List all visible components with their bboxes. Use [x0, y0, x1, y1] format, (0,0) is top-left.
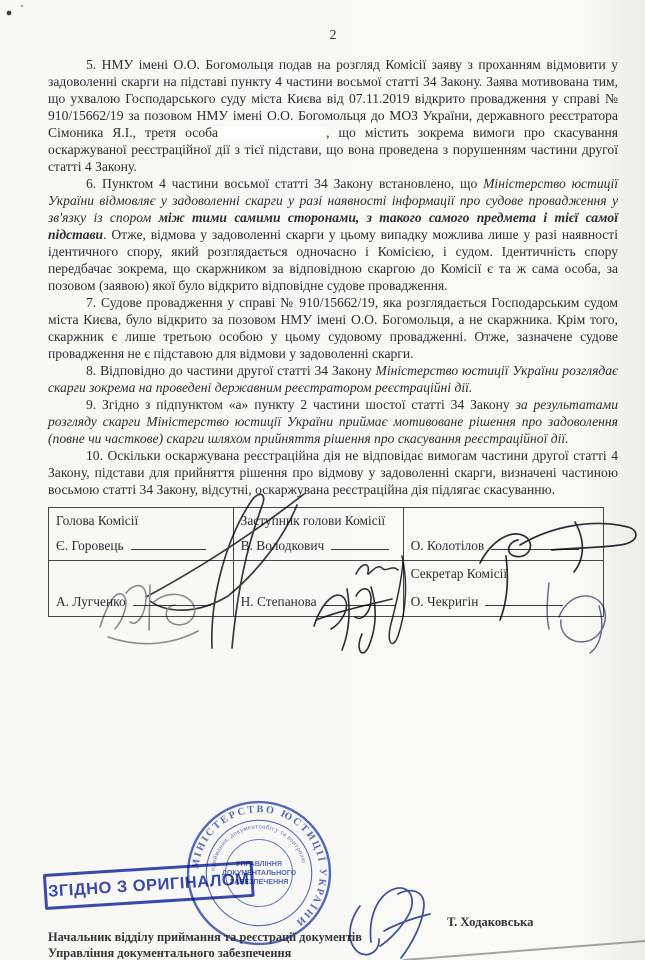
signature-line: [133, 593, 211, 606]
certifying-official-title: Начальник відділу приймання та реєстраці…: [48, 929, 468, 960]
signatory-name: А. Лугченко: [56, 594, 126, 609]
paragraph-8-lead: 8. Відповідно до частини другої статті 3…: [86, 363, 376, 378]
official-title-line-2: Управління документального забезпечення: [48, 945, 468, 960]
signature-cell-kolotilov: О. Колотілов: [403, 508, 603, 561]
signatory-role: Голова Комісії: [56, 513, 226, 529]
signature-cell-luhchenko: А. Лугченко: [49, 561, 234, 617]
redaction-box: [218, 127, 326, 139]
paragraph-9-lead: 9. Згідно з підпунктом «а» пункту 2 част…: [86, 397, 516, 412]
signatory-name: О. Чекригін: [411, 594, 479, 609]
signatory-name: Н. Степанова: [241, 594, 317, 609]
page-number: 2: [48, 26, 618, 43]
signature-cell-stepanova: Н. Степанова: [233, 561, 403, 617]
paragraph-6-rest: . Отже, відмова у задоволенні скарги у ц…: [48, 227, 618, 293]
paragraph-10: 10. Оскільки оскаржувана реєстраційна ді…: [48, 447, 618, 498]
signatory-role: Заступник голови Комісії: [241, 513, 396, 529]
signature-line: [491, 537, 579, 550]
paragraph-5: 5. НМУ імені О.О. Богомольця подав на ро…: [48, 56, 618, 175]
certifying-official-name: Т. Ходаковська: [447, 915, 533, 930]
stamp-text: ЗГІДНО З ОРИГІНАЛОМ: [48, 870, 250, 902]
signature-line: [331, 537, 389, 550]
signature-line: [324, 593, 396, 606]
signatory-name: Є. Горовець: [56, 538, 124, 553]
paragraph-9: 9. Згідно з підпунктом «а» пункту 2 част…: [48, 396, 618, 447]
signatory-role: Секретар Комісії: [411, 566, 596, 582]
scanned-document-page: 2 5. НМУ імені О.О. Богомольця подав на …: [0, 0, 645, 960]
document-body: 5. НМУ імені О.О. Богомольця подав на ро…: [48, 56, 618, 617]
signature-table: Голова Комісії Є. Горовець Заступник гол…: [48, 507, 604, 617]
paragraph-6: 6. Пунктом 4 частини восьмої статті 34 З…: [48, 175, 618, 294]
paragraph-6-lead: 6. Пунктом 4 частини восьмої статті 34 З…: [86, 176, 483, 191]
signature-cell-horovets: Голова Комісії Є. Горовець: [49, 508, 234, 561]
signature-line: [131, 537, 206, 550]
official-title-line-1: Начальник відділу приймання та реєстраці…: [48, 929, 468, 945]
signature-cell-volodkovych: Заступник голови Комісії В. Володкович: [233, 508, 403, 561]
paragraph-7: 7. Судове провадження у справі № 910/156…: [48, 294, 618, 362]
signature-cell-chekryhin: Секретар Комісії О. Чекригін: [403, 561, 603, 617]
signatory-name: В. Володкович: [241, 538, 325, 553]
paragraph-8: 8. Відповідно до частини другої статті 3…: [48, 362, 618, 396]
signatory-name: О. Колотілов: [411, 538, 485, 553]
signature-line: [485, 593, 563, 606]
